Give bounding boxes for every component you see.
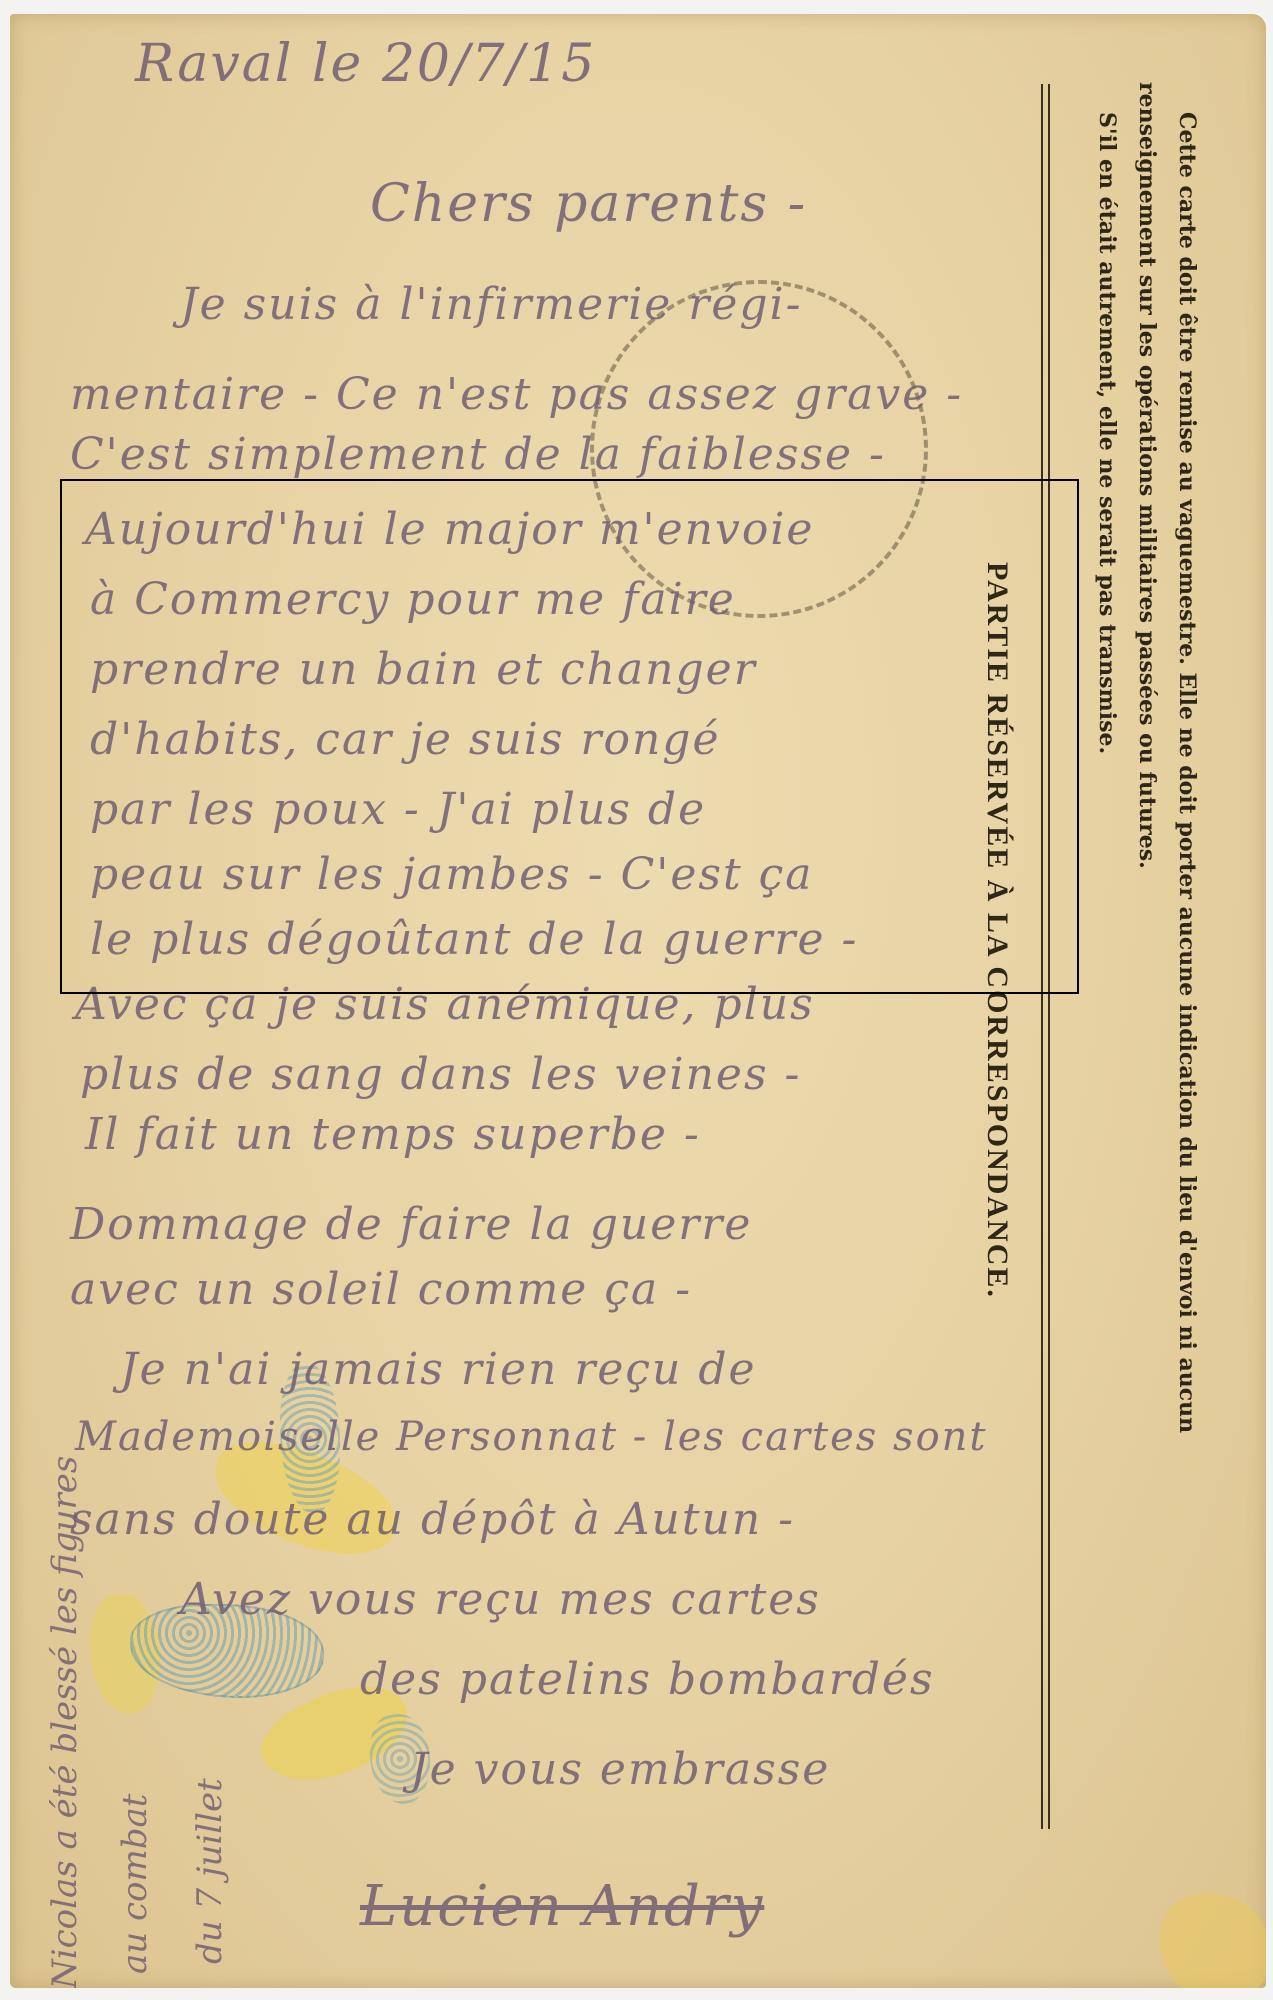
salutation: Chers parents - — [370, 174, 807, 234]
letter-line: avec un soleil comme ça - — [70, 1264, 692, 1315]
letter-line: Je vous embrasse — [410, 1744, 830, 1795]
notice-line: renseignement sur les opérations militai… — [1134, 82, 1160, 869]
letter-line: C'est simplement de la faiblesse - — [70, 429, 886, 480]
yellow-stain — [1160, 1894, 1266, 1988]
margin-note-line: au combat — [115, 1794, 155, 1974]
letter-line: Je n'ai jamais rien reçu de — [120, 1344, 757, 1395]
letter-line: Avez vous reçu mes cartes — [180, 1574, 821, 1625]
letter-line: des patelins bombardés — [360, 1654, 935, 1705]
letter-line: Il fait un temps superbe - — [85, 1109, 701, 1160]
highlight-box — [60, 479, 1079, 994]
place-date: Raval le 20/7/15 — [135, 34, 596, 94]
letter-line: Je suis à l'infirmerie régi- — [180, 279, 802, 330]
letter-line: sans doute au dépôt à Autun - — [70, 1494, 795, 1545]
letter-line: plus de sang dans les veines - — [80, 1049, 801, 1100]
letter-line: Mademoiselle Personnat - les cartes sont — [75, 1414, 987, 1460]
notice-line: Cette carte doit être remise au vaguemes… — [1174, 112, 1200, 1433]
notice-line: S'il en était autrement, elle ne serait … — [1094, 112, 1120, 754]
margin-note-line: du 7 juillet — [190, 1778, 230, 1964]
signature: Lucien Andry — [360, 1874, 764, 1939]
letter-line: Dommage de faire la guerre — [70, 1199, 752, 1250]
letter-line: mentaire - Ce n'est pas assez grave - — [70, 369, 963, 420]
postcard: Raval le 20/7/15 Chers parents - Je suis… — [10, 14, 1266, 1988]
margin-note-line: Nicolas a été blessé les figures — [45, 1456, 85, 1988]
